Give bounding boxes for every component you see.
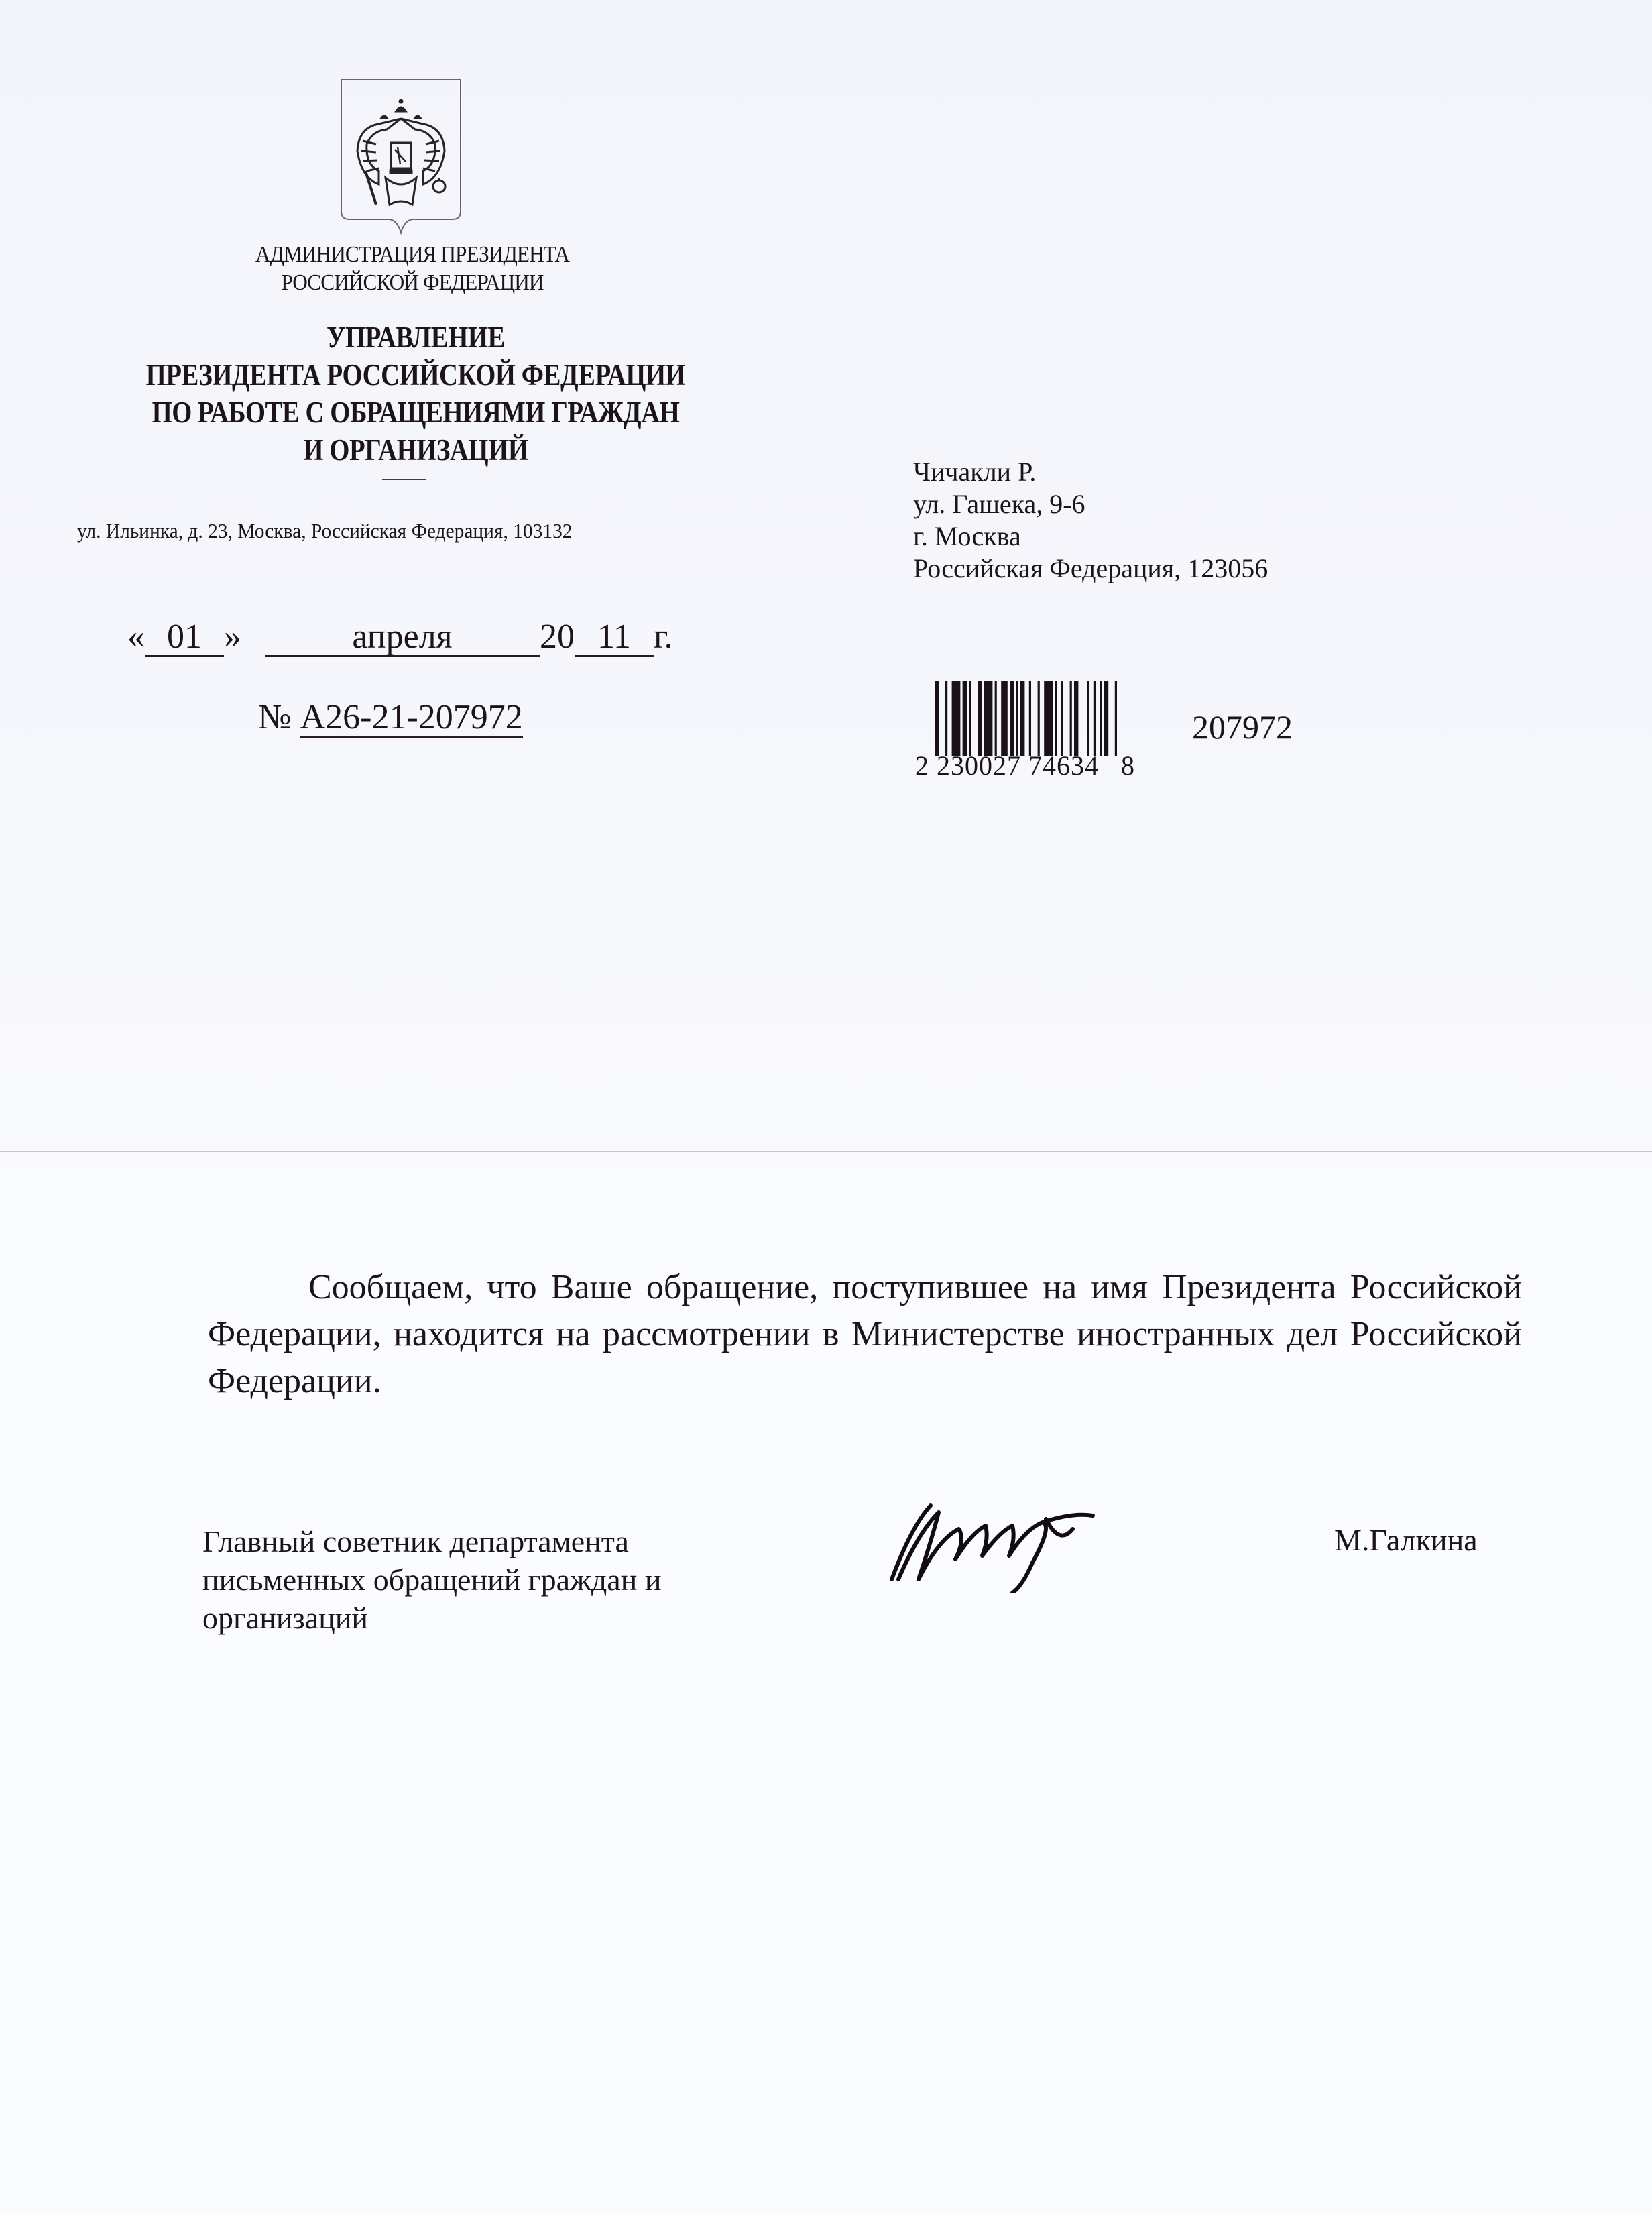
date-day: 01 — [145, 620, 224, 657]
paper-fold-line — [0, 1151, 1652, 1152]
recipient-street: ул. Гашека, 9-6 — [913, 488, 1268, 520]
date-open-quote: « — [127, 618, 145, 656]
date-month: апреля — [265, 620, 540, 657]
barcode-icon — [932, 681, 1146, 756]
signatory-title-line-2: письменных обращений граждан и — [202, 1561, 661, 1599]
administration-line-1: АДМИНИСТРАЦИЯ ПРЕЗИДЕНТА — [175, 240, 650, 270]
date-year-suffix: 11 — [575, 620, 654, 657]
handwritten-signature-icon — [872, 1499, 1153, 1593]
barcode-digits: 2 230027 74634 8 — [915, 750, 1135, 781]
recipient-country: Российская Федерация, 123056 — [913, 553, 1268, 585]
recipient-name: Чичакли Р. — [913, 456, 1268, 488]
signatory-title-line-3: организаций — [202, 1599, 661, 1637]
signatory-title-line-1: Главный советник департамента — [202, 1522, 661, 1561]
department-line-2: ПРЕЗИДЕНТА РОССИЙСКОЙ ФЕДЕРАЦИИ — [127, 355, 704, 394]
coat-of-arms-icon — [339, 77, 463, 245]
reference-label: № — [258, 698, 292, 736]
body-paragraph: Сообщаем, что Ваше обращение, поступивше… — [208, 1268, 1522, 1400]
department-line-3: ПО РАБОТЕ С ОБРАЩЕНИЯМИ ГРАЖДАН — [127, 393, 704, 432]
date-year-prefix: 20 — [540, 618, 575, 656]
recipient-city: г. Москва — [913, 520, 1268, 553]
reference-number: № А26-21-207972 — [258, 697, 523, 737]
recipient-address: Чичакли Р. ул. Гашека, 9-6 г. Москва Рос… — [913, 456, 1268, 585]
letter-body: Сообщаем, что Ваше обращение, поступивше… — [208, 1264, 1522, 1405]
header-divider — [382, 479, 426, 480]
date-year-unit: г. — [654, 618, 672, 656]
letter-date: «01» апреля2011г. — [127, 617, 672, 657]
barcode-id: 207972 — [1192, 707, 1293, 746]
sender-address: ул. Ильинка, д. 23, Москва, Российская Ф… — [77, 519, 573, 543]
reference-value: А26-21-207972 — [300, 698, 523, 738]
signatory-title: Главный советник департамента письменных… — [202, 1522, 661, 1637]
date-close-quote: » — [224, 618, 241, 656]
administration-line-2: РОССИЙСКОЙ ФЕДЕРАЦИИ — [175, 268, 650, 298]
department-line-4: И ОРГАНИЗАЦИЙ — [127, 431, 704, 469]
signatory-name: М.Галкина — [1334, 1522, 1478, 1558]
department-line-1: УПРАВЛЕНИЕ — [127, 318, 704, 357]
